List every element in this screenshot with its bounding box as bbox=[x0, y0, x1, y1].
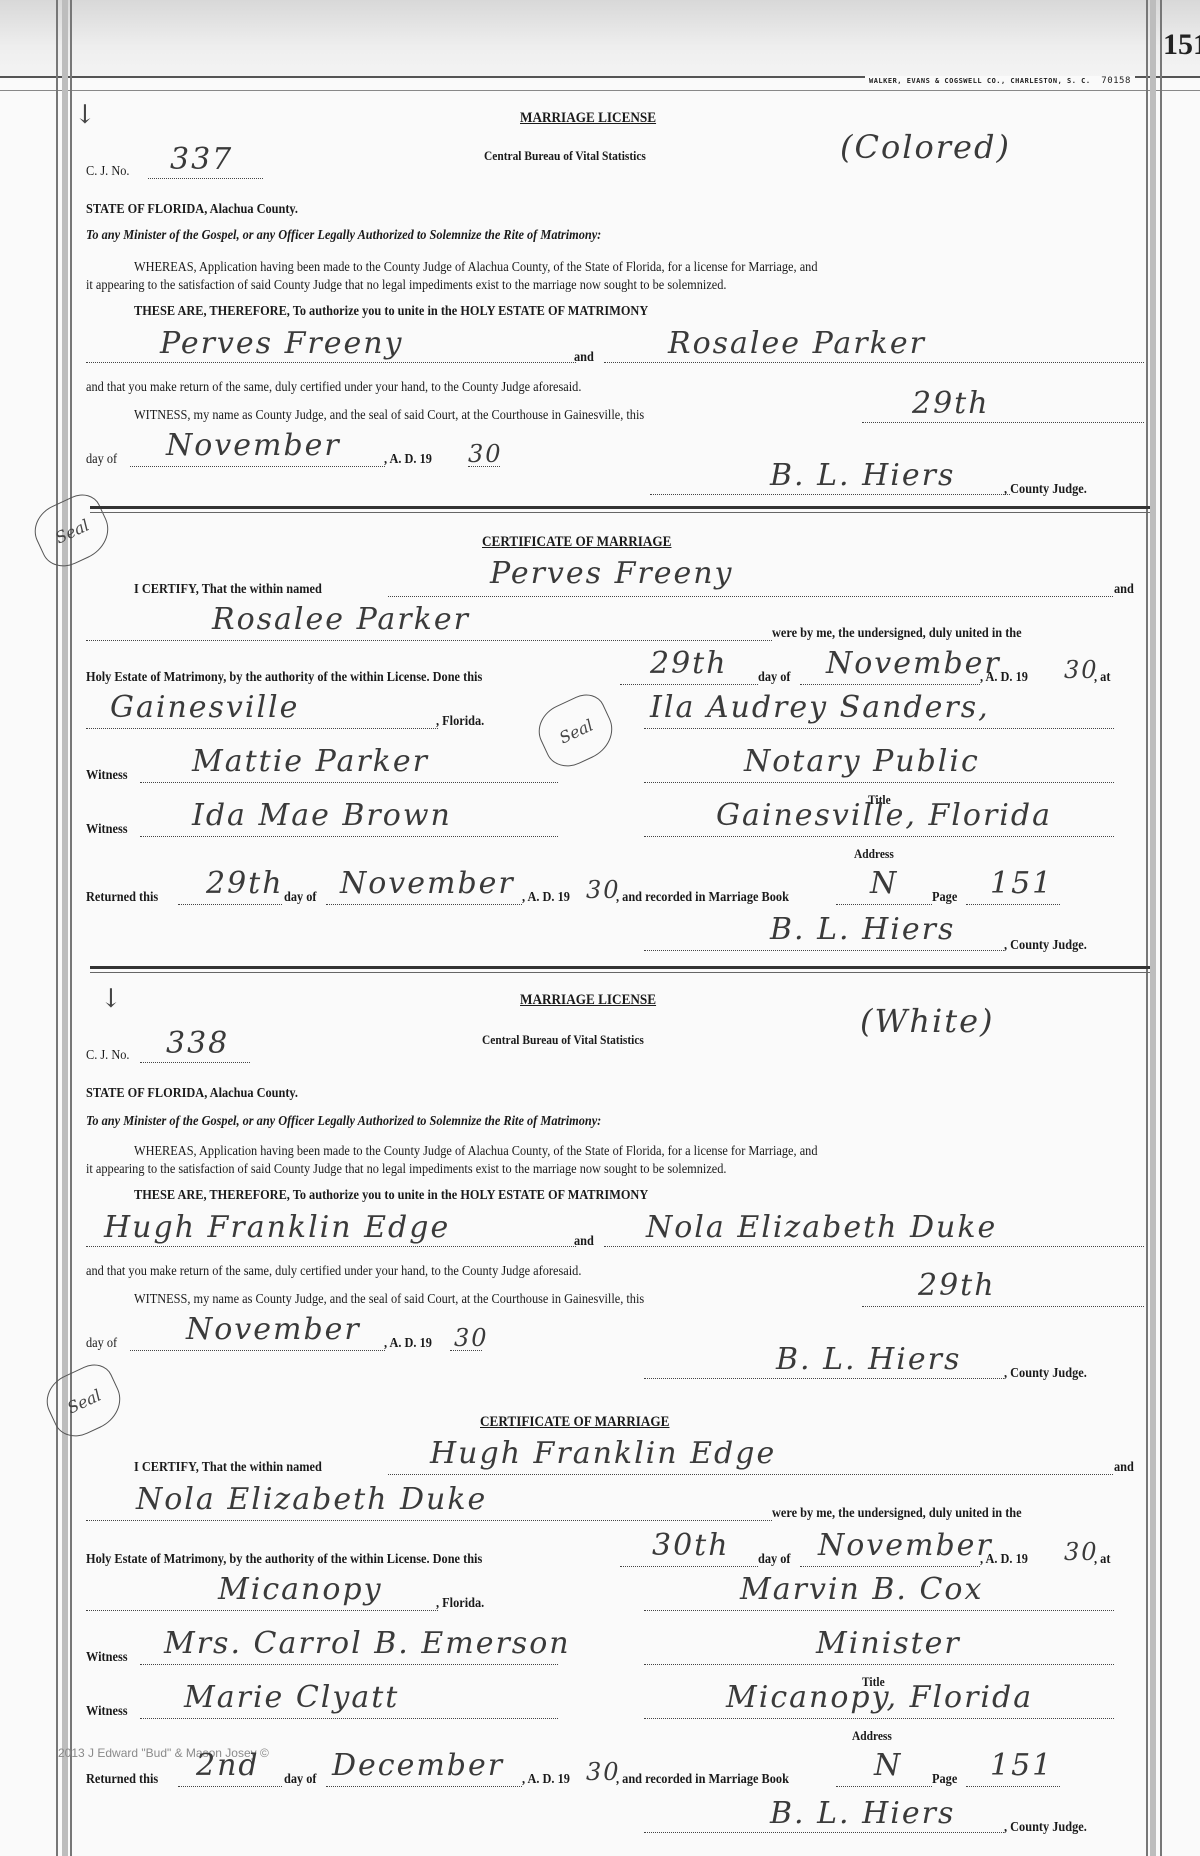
returned-day-of-label: day of bbox=[284, 890, 317, 906]
judge-line bbox=[644, 1378, 1004, 1379]
check-mark-icon: ↓ bbox=[74, 100, 96, 130]
judge-label: , County Judge. bbox=[1004, 482, 1087, 498]
page-line bbox=[966, 904, 1060, 905]
license-bride-name: Rosalee Parker bbox=[668, 326, 926, 361]
page-value: 151 bbox=[990, 1748, 1053, 1783]
witness-1-line bbox=[140, 1664, 558, 1665]
recorded-label: , and recorded in Marriage Book bbox=[616, 890, 789, 906]
witness-2-name: Marie Clyatt bbox=[184, 1680, 399, 1715]
returned-month: December bbox=[332, 1748, 504, 1783]
florida-label: , Florida. bbox=[436, 1596, 484, 1612]
cert-and-label: and bbox=[1114, 582, 1134, 598]
holy-estate-label: Holy Estate of Matrimony, by the authori… bbox=[86, 670, 482, 686]
page-top-band bbox=[0, 0, 1200, 78]
check-mark-icon: ↓ bbox=[100, 984, 122, 1014]
page-line bbox=[966, 1786, 1060, 1787]
cert-day: 29th bbox=[650, 646, 728, 681]
officiant-seal-text: Seal bbox=[556, 715, 596, 747]
cert-month: November bbox=[826, 646, 1001, 681]
section-divider-2 bbox=[90, 512, 1150, 513]
address-line bbox=[644, 1718, 1114, 1719]
these-are-line: THESE ARE, THEREFORE, To authorize you t… bbox=[134, 304, 648, 320]
cj-line bbox=[148, 178, 263, 179]
section-divider bbox=[90, 506, 1150, 509]
certify-label: I CERTIFY, That the within named bbox=[134, 1460, 322, 1476]
license-groom-name: Hugh Franklin Edge bbox=[104, 1210, 450, 1245]
officiant-line bbox=[644, 728, 1114, 729]
cert-bride-line bbox=[86, 1520, 772, 1521]
witness-1-name: Mattie Parker bbox=[192, 744, 429, 779]
groom-line bbox=[86, 1246, 576, 1247]
place-line bbox=[86, 1610, 438, 1611]
cert-judge-signature: B. L. Hiers bbox=[770, 1796, 955, 1831]
seal-text: Seal bbox=[64, 1385, 104, 1417]
printer-imprint: WALKER, EVANS & COGSWELL CO., CHARLESTON… bbox=[865, 76, 1135, 86]
title-line bbox=[644, 782, 1114, 783]
returned-ad-label: , A. D. 19 bbox=[522, 890, 570, 906]
cert-at-label: , at bbox=[1094, 1552, 1110, 1568]
return-line: and that you make return of the same, du… bbox=[86, 1264, 581, 1280]
page-label: Page bbox=[932, 1772, 957, 1788]
judge-signature: B. L. Hiers bbox=[770, 458, 955, 493]
license-subtitle: Central Bureau of Vital Statistics bbox=[484, 148, 646, 164]
cert-judge-label: , County Judge. bbox=[1004, 1820, 1087, 1836]
place-line bbox=[86, 728, 438, 729]
cert-judge-label: , County Judge. bbox=[1004, 938, 1087, 954]
these-are-line: THESE ARE, THEREFORE, To authorize you t… bbox=[134, 1188, 648, 1204]
right-margin-band bbox=[1150, 0, 1156, 1856]
cert-groom-name: Perves Freeny bbox=[490, 556, 734, 591]
address-line bbox=[644, 836, 1114, 837]
whereas-line-1: WHEREAS, Application having been made to… bbox=[134, 260, 817, 276]
returned-day: 2nd bbox=[196, 1748, 260, 1783]
license-month: November bbox=[166, 428, 341, 463]
united-label: were by me, the undersigned, duly united… bbox=[772, 626, 1022, 642]
returned-day: 29th bbox=[206, 866, 284, 901]
cert-bride-name: Rosalee Parker bbox=[212, 602, 470, 637]
cert-place: Micanopy bbox=[218, 1572, 383, 1607]
license-bride-name: Nola Elizabeth Duke bbox=[646, 1210, 997, 1245]
cert-month-line bbox=[800, 684, 980, 685]
whereas-line-1: WHEREAS, Application having been made to… bbox=[134, 1144, 817, 1160]
seal-text: Seal bbox=[52, 515, 92, 547]
witness-1-label: Witness bbox=[86, 768, 128, 784]
cert-groom-line bbox=[388, 596, 1113, 597]
record-divider-2 bbox=[90, 972, 1150, 973]
groom-line bbox=[86, 362, 576, 363]
month-line bbox=[130, 466, 385, 467]
license-month: November bbox=[186, 1312, 361, 1347]
license-day: 29th bbox=[918, 1268, 996, 1303]
cj-number: 337 bbox=[170, 142, 233, 177]
recorded-label: , and recorded in Marriage Book bbox=[616, 1772, 789, 1788]
address-label: Address bbox=[854, 846, 894, 862]
day-line bbox=[862, 1306, 1144, 1307]
seal-icon: Seal bbox=[26, 488, 117, 575]
left-margin-band bbox=[62, 0, 68, 1856]
cert-bride-name: Nola Elizabeth Duke bbox=[136, 1482, 487, 1517]
cert-bride-line bbox=[86, 640, 772, 641]
witness-2-label: Witness bbox=[86, 1704, 128, 1720]
returned-day-of-label: day of bbox=[284, 1772, 317, 1788]
cj-label: C. J. No. bbox=[86, 164, 129, 180]
book-value: N bbox=[870, 866, 898, 901]
returned-label: Returned this bbox=[86, 890, 158, 906]
witness-2-line bbox=[140, 1718, 558, 1719]
returned-ad-label: , A. D. 19 bbox=[522, 1772, 570, 1788]
ad-label: , A. D. 19 bbox=[384, 1336, 432, 1352]
address-line: To any Minister of the Gospel, or any Of… bbox=[86, 228, 601, 244]
officiant-address: Gainesville, Florida bbox=[716, 798, 1052, 833]
left-margin-rule-2 bbox=[70, 0, 72, 1856]
witness-2-name: Ida Mae Brown bbox=[192, 798, 452, 833]
day-of-label: day of bbox=[86, 452, 117, 468]
cert-month: November bbox=[818, 1528, 993, 1563]
bride-line bbox=[604, 362, 1144, 363]
cert-day-of-label: day of bbox=[758, 1552, 791, 1568]
race-annotation: (White) bbox=[860, 1002, 995, 1040]
license-title: MARRIAGE LICENSE bbox=[520, 110, 656, 127]
officiant-seal-icon: Seal bbox=[530, 688, 621, 775]
day-line bbox=[862, 422, 1144, 423]
ad-label: , A. D. 19 bbox=[384, 452, 432, 468]
officiant-name: Ila Audrey Sanders, bbox=[650, 690, 990, 725]
officiant-title: Minister bbox=[816, 1626, 961, 1661]
cert-day: 30th bbox=[652, 1528, 730, 1563]
officiant-name: Marvin B. Cox bbox=[740, 1572, 983, 1607]
cert-judge-signature: B. L. Hiers bbox=[770, 912, 955, 947]
cert-day-line bbox=[620, 684, 758, 685]
returned-month: November bbox=[340, 866, 515, 901]
witness-2-line bbox=[140, 836, 558, 837]
left-margin-rule bbox=[56, 0, 58, 1856]
bride-line bbox=[604, 1246, 1144, 1247]
cj-line bbox=[140, 1062, 250, 1063]
certificate-title: CERTIFICATE OF MARRIAGE bbox=[480, 1414, 669, 1431]
holy-estate-label: Holy Estate of Matrimony, by the authori… bbox=[86, 1552, 482, 1568]
cert-ad-label: , A. D. 19 bbox=[980, 670, 1028, 686]
state-line: STATE OF FLORIDA, Alachua County. bbox=[86, 202, 298, 218]
cert-place: Gainesville bbox=[110, 690, 299, 725]
cj-number: 338 bbox=[166, 1026, 229, 1061]
returned-month-line bbox=[326, 1786, 522, 1787]
cert-and-label: and bbox=[1114, 1460, 1134, 1476]
returned-day-line bbox=[178, 904, 282, 905]
witness-line: WITNESS, my name as County Judge, and th… bbox=[134, 408, 644, 424]
cj-label: C. J. No. bbox=[86, 1048, 129, 1064]
and-label: and bbox=[574, 1234, 594, 1250]
form-number: 70158 bbox=[1101, 76, 1131, 86]
certificate-title: CERTIFICATE OF MARRIAGE bbox=[482, 534, 671, 551]
right-margin-rule bbox=[1146, 0, 1148, 1856]
page-number: 151 bbox=[1163, 28, 1200, 62]
license-year: 30 bbox=[468, 440, 503, 468]
cert-ad-label: , A. D. 19 bbox=[980, 1552, 1028, 1568]
book-line bbox=[836, 1786, 932, 1787]
state-line: STATE OF FLORIDA, Alachua County. bbox=[86, 1086, 298, 1102]
cert-groom-line bbox=[388, 1474, 1113, 1475]
right-margin-rule-2 bbox=[1160, 0, 1162, 1856]
printer-name: WALKER, EVANS & COGSWELL CO., CHARLESTON… bbox=[869, 77, 1091, 85]
witness-1-label: Witness bbox=[86, 1650, 128, 1666]
license-title: MARRIAGE LICENSE bbox=[520, 992, 656, 1009]
cert-judge-line bbox=[644, 1832, 1004, 1833]
cert-judge-line bbox=[644, 950, 1004, 951]
record-divider bbox=[90, 966, 1150, 969]
and-label: and bbox=[574, 350, 594, 366]
license-groom-name: Perves Freeny bbox=[160, 326, 404, 361]
whereas-line-2: it appearing to the satisfaction of said… bbox=[86, 1162, 727, 1178]
cert-at-label: , at bbox=[1094, 670, 1110, 686]
race-annotation: (Colored) bbox=[840, 128, 1011, 166]
title-line bbox=[644, 1664, 1114, 1665]
license-day: 29th bbox=[912, 386, 990, 421]
address-line: To any Minister of the Gospel, or any Of… bbox=[86, 1114, 601, 1130]
whereas-line-2: it appearing to the satisfaction of said… bbox=[86, 278, 727, 294]
cert-month-line bbox=[800, 1566, 980, 1567]
book-value: N bbox=[874, 1748, 902, 1783]
page-value: 151 bbox=[990, 866, 1053, 901]
cert-day-line bbox=[620, 1566, 758, 1567]
cert-day-of-label: day of bbox=[758, 670, 791, 686]
united-label: were by me, the undersigned, duly united… bbox=[772, 1506, 1022, 1522]
address-label: Address bbox=[852, 1728, 892, 1744]
seal-icon: Seal bbox=[38, 1358, 129, 1445]
book-line bbox=[836, 904, 932, 905]
witness-line: WITNESS, my name as County Judge, and th… bbox=[134, 1292, 644, 1308]
returned-day-line bbox=[178, 1786, 282, 1787]
license-year: 30 bbox=[454, 1324, 489, 1352]
day-of-label: day of bbox=[86, 1336, 117, 1352]
judge-signature: B. L. Hiers bbox=[776, 1342, 961, 1377]
return-line: and that you make return of the same, du… bbox=[86, 380, 581, 396]
judge-label: , County Judge. bbox=[1004, 1366, 1087, 1382]
returned-month-line bbox=[326, 904, 522, 905]
license-subtitle: Central Bureau of Vital Statistics bbox=[482, 1032, 644, 1048]
officiant-title: Notary Public bbox=[744, 744, 980, 779]
officiant-address: Micanopy, Florida bbox=[726, 1680, 1033, 1715]
witness-1-line bbox=[140, 782, 558, 783]
top-rule-2 bbox=[0, 90, 1200, 91]
judge-line bbox=[650, 494, 1010, 495]
officiant-line bbox=[644, 1610, 1114, 1611]
cert-groom-name: Hugh Franklin Edge bbox=[430, 1436, 776, 1471]
witness-2-label: Witness bbox=[86, 822, 128, 838]
florida-label: , Florida. bbox=[436, 714, 484, 730]
month-line bbox=[130, 1350, 385, 1351]
certify-label: I CERTIFY, That the within named bbox=[134, 582, 322, 598]
returned-label: Returned this bbox=[86, 1772, 158, 1788]
page-label: Page bbox=[932, 890, 957, 906]
witness-1-name: Mrs. Carrol B. Emerson bbox=[164, 1626, 571, 1661]
